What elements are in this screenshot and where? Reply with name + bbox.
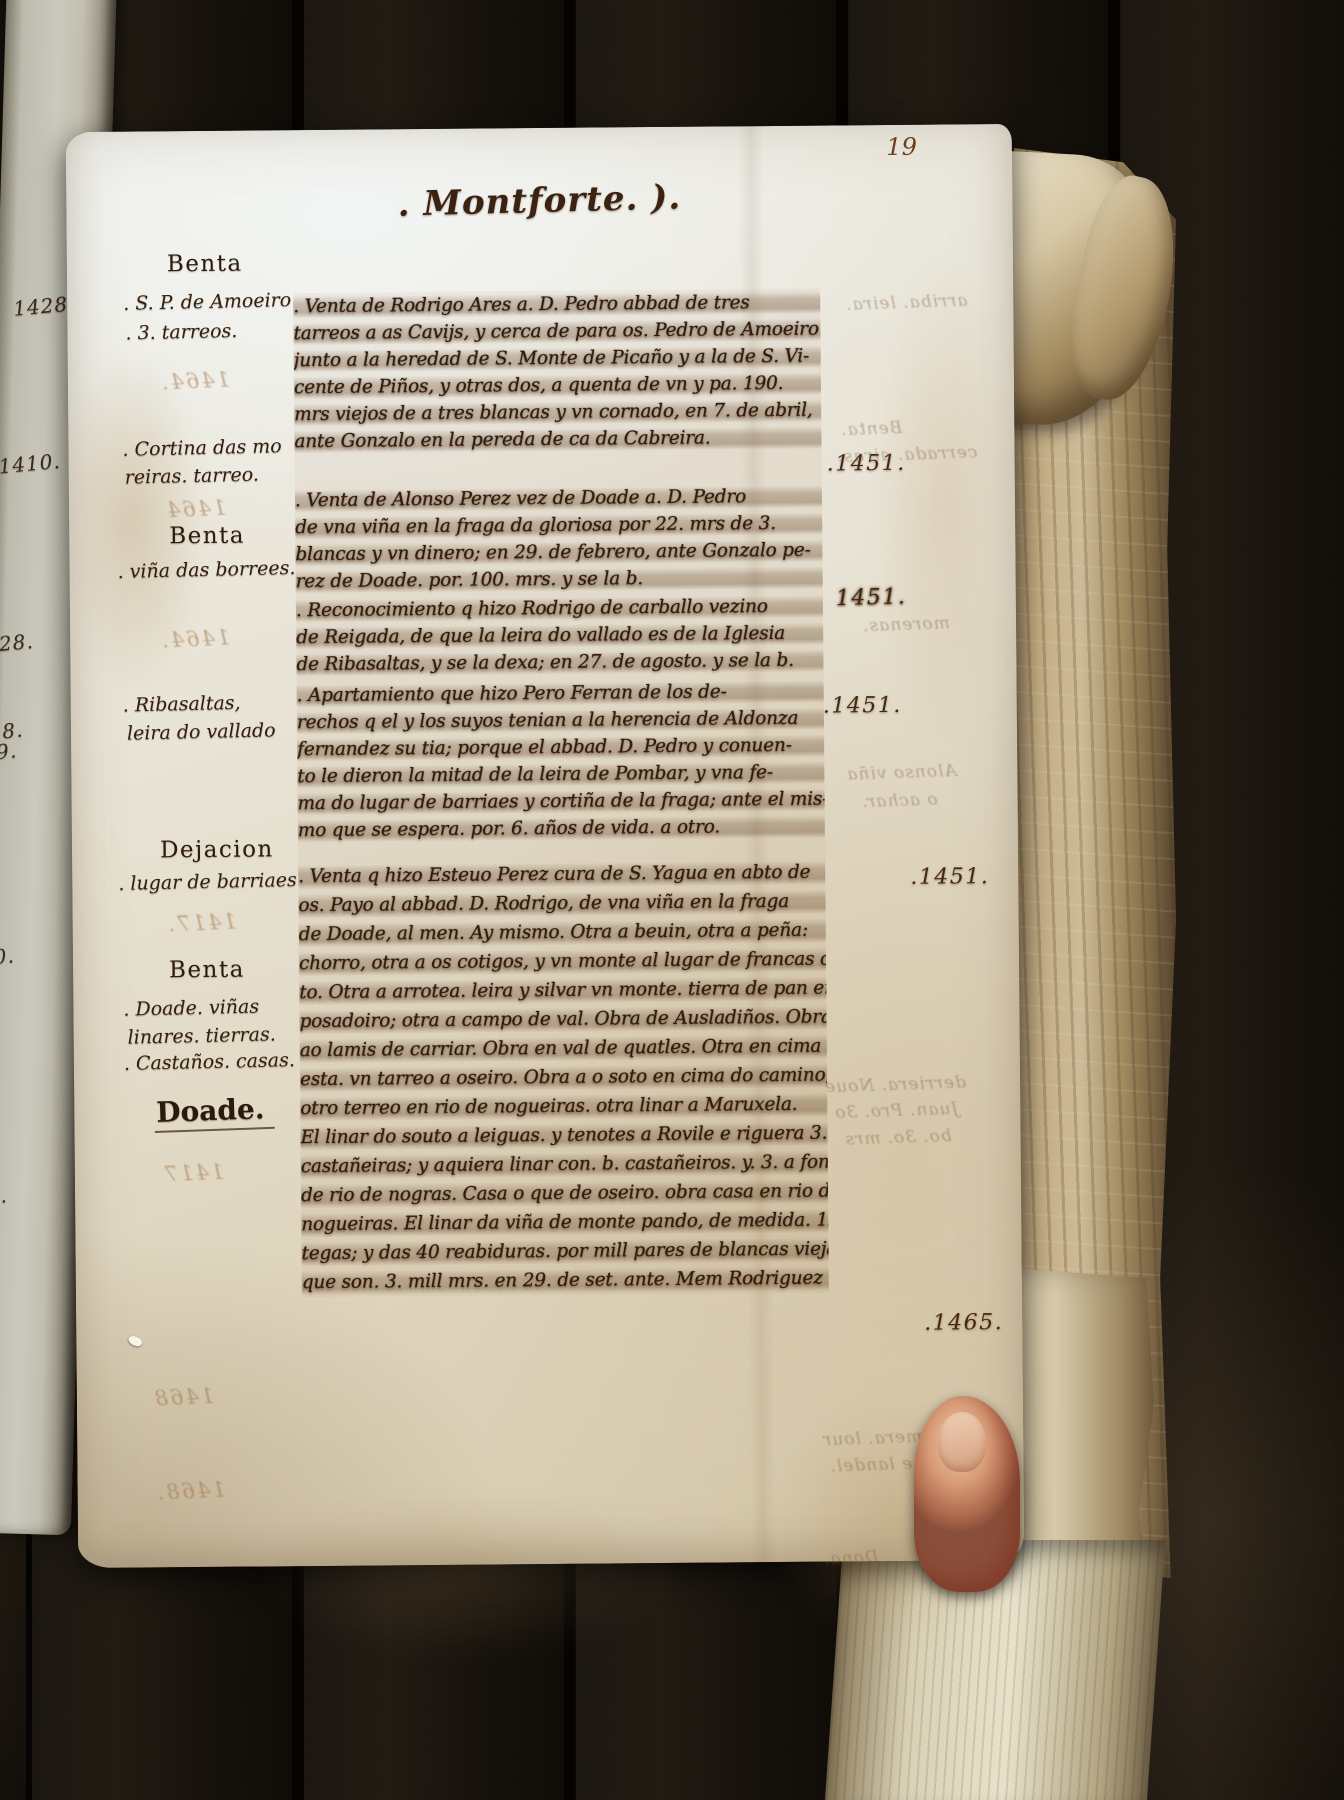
- bleedthrough-date: 1468: [152, 1386, 214, 1410]
- margin-note: . Cortina das mo: [122, 435, 282, 461]
- main-text-block: . Venta de Rodrigo Ares a. D. Pedro abba…: [293, 289, 829, 1298]
- margin-note: . Doade. viñas: [123, 996, 259, 1022]
- bleedthrough-text: bo. 3o. mrs: [844, 1128, 952, 1149]
- text-line: ao lamis de carriar. Obra en val de quat…: [300, 1032, 827, 1066]
- stain: [258, 1487, 679, 1661]
- margin-note: . Castaños. casas.: [124, 1049, 295, 1076]
- text-line: rez de Doade. por. 100. mrs. y se la b.: [296, 564, 823, 596]
- edge-date: 428.: [0, 631, 35, 655]
- margin-heading-benta: Benta: [169, 525, 245, 549]
- edge-date: 50.: [0, 945, 16, 968]
- entry-paragraph: . Reconocimiento q hizo Rodrigo de carba…: [296, 593, 824, 679]
- edge-date: 50.: [0, 1185, 8, 1208]
- bleedthrough-text: morenas.: [862, 615, 950, 635]
- margin-note: . S. P. de Amoeiro: [123, 289, 291, 316]
- page-title: . Montforte. ).: [397, 180, 681, 221]
- bleedthrough-text: Juan. Pro. 3o: [834, 1101, 959, 1122]
- margin-heading-dejacion: Dejacion: [160, 838, 274, 862]
- entry-date: .1451.: [910, 866, 989, 889]
- fingertip: [914, 1396, 1020, 1592]
- fingernail: [938, 1412, 986, 1472]
- bleedthrough-text: o achar.: [861, 792, 938, 812]
- text-line: posadoiro; otra a campo de val. Obra de …: [299, 1003, 826, 1037]
- paper-speck: [127, 1334, 143, 1348]
- text-line: otro terreo en rio de nogueiras. otra li…: [300, 1090, 827, 1124]
- text-line: que son. 3. mill mrs. en 29. de set. ant…: [302, 1264, 829, 1298]
- margin-note: . lugar de barriaes: [118, 869, 297, 896]
- text-line: ante Gonzalo en la pereda de ca da Cabre…: [294, 424, 821, 456]
- bleedthrough-text: e landel.: [829, 1456, 912, 1476]
- margin-heading-benta: Benta: [167, 253, 243, 277]
- edge-date: 36: [0, 1085, 2, 1107]
- edge-date: 9.: [0, 740, 18, 762]
- margin-note: . 3. tarreos.: [125, 320, 237, 345]
- text-line: esta. vn tarreo a oseiro. Obra a o soto …: [300, 1061, 827, 1095]
- text-line: de rio de nogras. Casa o que de oseiro. …: [301, 1177, 828, 1211]
- bleedthrough-date: 1417: [162, 1162, 224, 1186]
- bleedthrough-text: arriba. leira.: [845, 293, 968, 314]
- text-line: . Venta q hizo Esteuo Perez cura de S. Y…: [298, 858, 825, 892]
- text-line: mo que se espera. por. 6. años de vida. …: [298, 813, 825, 845]
- bleedthrough-text: Alonso viña: [846, 763, 957, 784]
- entry-date: .1465.: [924, 1312, 1003, 1335]
- margin-note: . viña das borrees.: [117, 557, 295, 584]
- manuscript-page: 19 . Montforte. ). Benta . S. P. de Amoe…: [66, 124, 1024, 1568]
- text-line: os. Payo al abbad. D. Rodrigo, de vna vi…: [298, 887, 825, 921]
- text-line: tegas; y das 40 reabiduras. por mill par…: [301, 1235, 828, 1269]
- text-line: de Doade, al men. Ay mismo. Otra a beuin…: [299, 916, 826, 950]
- photo-of-manuscript: 1428. 1410. 428. 28. 9. 50. 36 50. 19 . …: [0, 0, 1344, 1800]
- entry-paragraph: . Apartamiento que hizo Pero Ferran de l…: [297, 678, 825, 845]
- text-line: El linar do souto a leiguas. y tenotes a…: [300, 1119, 827, 1153]
- text-line: de Ribasaltas, y se la dexa; en 27. de a…: [296, 647, 823, 679]
- text-line: castañeiras; y aquiera linar con. b. cas…: [301, 1148, 828, 1182]
- margin-note: leira do vallado: [127, 719, 276, 745]
- text-line: nogueiras. El linar da viña de monte pan…: [301, 1206, 828, 1240]
- bleedthrough-date: 1417.: [166, 911, 237, 935]
- stain: [869, 244, 1024, 765]
- place-header-doade: Doade.: [154, 1095, 275, 1133]
- entry-date: 1451.: [836, 586, 907, 610]
- margin-note: reiras. tarreo.: [125, 464, 260, 490]
- text-line: chorro, otra a os cotigos, y vn monte al…: [299, 945, 826, 979]
- entry-paragraph: . Venta q hizo Esteuo Perez cura de S. Y…: [298, 858, 829, 1298]
- bleedthrough-date: 1464: [165, 498, 227, 522]
- entry-paragraph: . Venta de Rodrigo Ares a. D. Pedro abba…: [293, 289, 821, 456]
- margin-heading-benta: Benta: [169, 959, 245, 983]
- bleedthrough-text: Dona.: [823, 1549, 879, 1568]
- bleedthrough-date: 1464.: [160, 370, 231, 394]
- bleedthrough-date: 1468.: [155, 1480, 226, 1504]
- text-line: to. Otra a arrotea. leira y silvar vn mo…: [299, 974, 826, 1008]
- margin-note: . Ribasaltas,: [123, 692, 241, 717]
- bleedthrough-text: derriera. Noue: [824, 1074, 966, 1096]
- bleedthrough-date: 1464.: [160, 628, 231, 652]
- bleedthrough-text: Benta.: [840, 420, 902, 439]
- entry-paragraph: . Venta de Alonso Perez vez de Doade a. …: [295, 483, 823, 596]
- bleedthrough-text: cerrada. airas.: [836, 444, 977, 466]
- entry-date: .1451.: [823, 695, 902, 718]
- margin-note: linares. tierras.: [127, 1023, 276, 1049]
- edge-date: 1410.: [0, 451, 62, 477]
- folio-number: 19: [886, 135, 917, 159]
